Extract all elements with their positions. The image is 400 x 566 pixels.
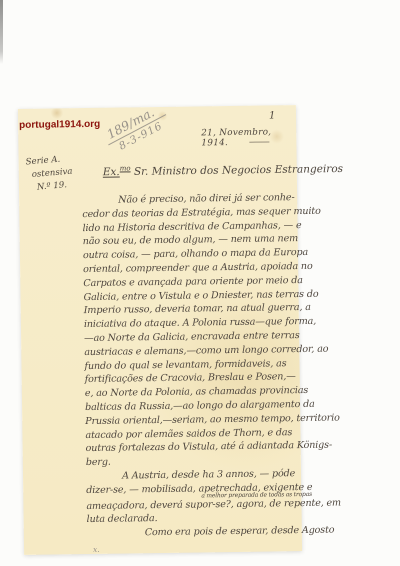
letter-page: portugal1914.org 189/ma. 8-3-916 1 21, N…: [18, 105, 302, 555]
page-number: 1: [269, 110, 276, 121]
scanned-document-view: portugal1914.org 189/ma. 8-3-916 1 21, N…: [0, 0, 400, 566]
archival-pencil-annotation: 189/ma. 8-3-916: [101, 100, 173, 158]
letter-body: Não é preciso, não direi já ser conhe-ce…: [19, 191, 302, 542]
salutation: Ex.mo Sr. Ministro dos Negocios Estrange…: [103, 161, 343, 178]
salutation-superscript: mo: [120, 164, 131, 172]
salutation-honorific: Ex.: [103, 166, 120, 178]
archive-watermark: portugal1914.org: [19, 119, 100, 131]
handwritten-line: Como era pois de esperar, desde Agosto: [87, 524, 302, 541]
scan-edge-shadow: [0, 0, 3, 64]
letter-date: 21, Novembro, 1914.: [201, 127, 296, 148]
margin-classification-note: Serie A. ostensiva N.º 19.: [25, 153, 74, 196]
salutation-addressee: Sr. Ministro dos Negocios Estrangeiros: [131, 163, 344, 178]
stray-pencil-mark: x.: [93, 545, 100, 554]
